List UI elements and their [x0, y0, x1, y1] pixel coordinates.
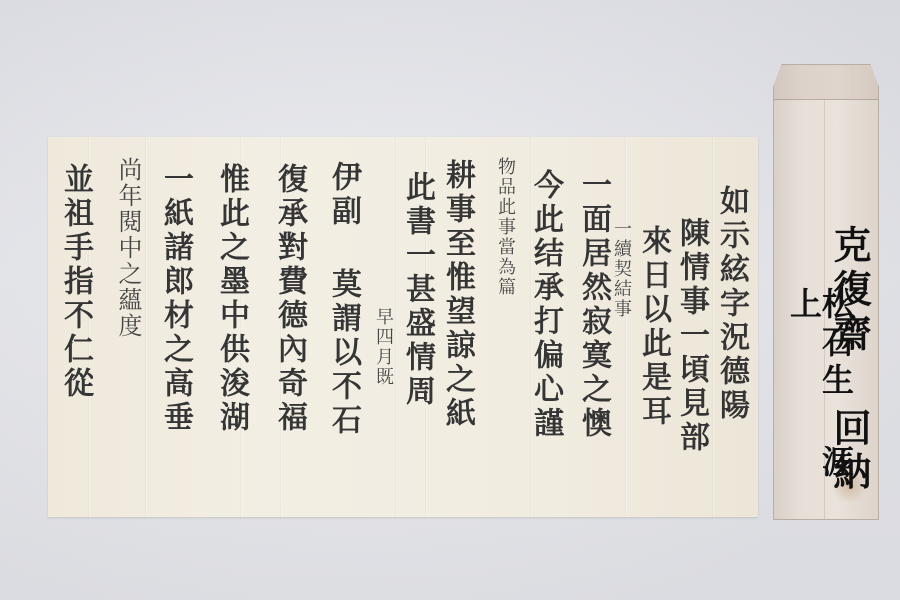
- letter-column-8: 耕事至惟望諒之紙: [442, 159, 472, 431]
- fold-line: [145, 137, 147, 517]
- letter-column-6: 今此结承打偏心謹: [530, 169, 560, 441]
- letter-column-15: 尚年閱中之蘊度: [116, 157, 140, 339]
- letter-column-3: 來日以此是耳: [638, 225, 668, 429]
- envelope-flap: [774, 65, 878, 100]
- letter-column-4: 一續契結事: [612, 219, 630, 319]
- letter-column-5: 一面居然寂寞之懊: [578, 169, 608, 441]
- letter-column-12: 復承對費德內奇福: [274, 163, 304, 435]
- letter-column-7: 物品此事當為篇: [496, 157, 514, 297]
- calligraphy-letter: 如示絃字況德陽 陳情事一頃見部 來日以此是耳 一續契結事 一面居然寂寞之懊 今此…: [48, 137, 758, 517]
- letter-column-14: 一紙諸郎材之高垂: [160, 163, 190, 435]
- fold-line: [395, 137, 397, 517]
- envelope-sender: 松石生 涯 上: [788, 287, 852, 519]
- letter-column-2: 陳情事一頃見部: [676, 217, 706, 455]
- letter-column-10: 早四月既: [374, 307, 392, 387]
- letter-column-1: 如示絃字況德陽: [716, 185, 746, 423]
- fold-line: [625, 137, 627, 517]
- envelope: 克復齋 回納 松石生 涯 上: [773, 64, 879, 520]
- letter-column-13: 惟此之墨中供浚湖: [216, 163, 246, 435]
- letter-column-9: 此書一甚盛情周: [402, 171, 432, 409]
- letter-column-11: 伊副 莫謂以不石: [328, 161, 358, 438]
- letter-column-16: 並祖手指不仁從: [60, 163, 90, 401]
